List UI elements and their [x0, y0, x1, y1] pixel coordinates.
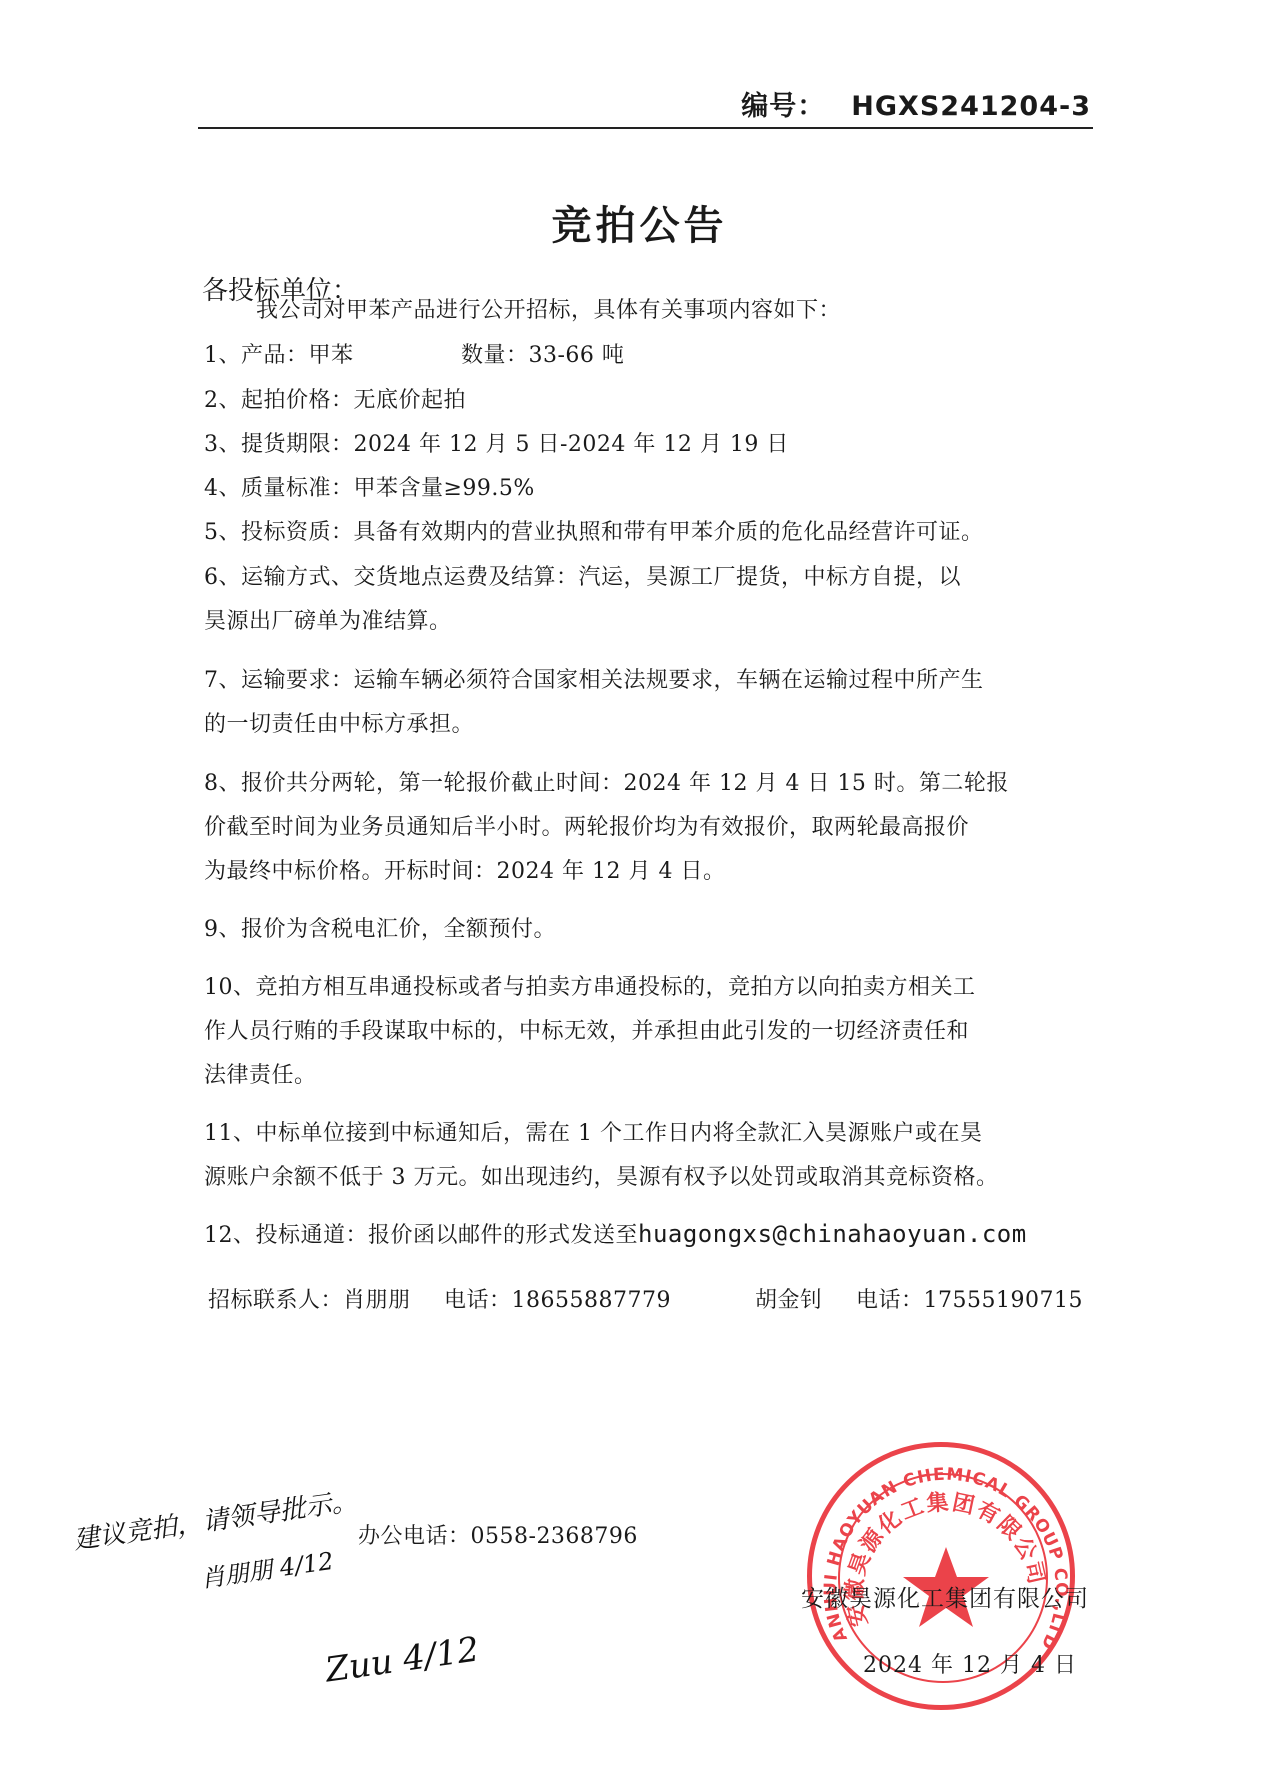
item-11-line-1: 11、中标单位接到中标通知后，需在 1 个工作日内将全款汇入昊源账户或在昊: [204, 1116, 982, 1147]
item-1-product: 1、产品：甲苯: [204, 338, 354, 369]
item-8-line-3: 为最终中标价格。开标时间：2024 年 12 月 4 日。: [204, 854, 725, 885]
item-3: 3、提货期限：2024 年 12 月 5 日-2024 年 12 月 19 日: [204, 427, 789, 458]
item-4: 4、质量标准：甲苯含量≥99.5%: [204, 471, 535, 502]
contact-row: 招标联系人：肖朋朋 电话：18655887779: [208, 1283, 671, 1314]
document-number: 编号：HGXS241204-3: [741, 84, 1091, 123]
header-divider: [198, 127, 1093, 129]
handwritten-signature-1: 肖朋朋 4/12: [198, 1541, 335, 1594]
contact-person-2: 胡金钊: [755, 1288, 823, 1313]
contact-person-1: 肖朋朋: [343, 1288, 411, 1313]
handwritten-signature-2: Zuu 4/12: [323, 1629, 482, 1690]
submission-email-link[interactable]: huagongxs@chinahaoyuan.com: [638, 1220, 1027, 1248]
item-10-line-1: 10、竞拍方相互串通投标或者与拍卖方串通投标的，竞拍方以向拍卖方相关工: [204, 970, 976, 1001]
item-12: 12、投标通道：报价函以邮件的形式发送至huagongxs@chinahaoyu…: [204, 1218, 1027, 1249]
contact-label: 招标联系人：: [208, 1288, 343, 1313]
issue-date: 2024 年 12 月 4 日: [863, 1648, 1077, 1679]
office-phone-label: 办公电话：: [358, 1524, 471, 1549]
intro-paragraph: 我公司对甲苯产品进行公开招标，具体有关事项内容如下：: [256, 293, 841, 324]
office-phone-row: 办公电话：0558-2368796: [358, 1519, 638, 1550]
contact-phone-1: 18655887779: [512, 1288, 671, 1313]
contact-phone-2-label: 电话：: [856, 1288, 924, 1313]
item-9: 9、报价为含税电汇价，全额预付。: [204, 912, 556, 943]
item-8-line-1: 8、报价共分两轮，第一轮报价截止时间：2024 年 12 月 4 日 15 时。…: [204, 766, 1009, 797]
item-10-line-2: 作人员行贿的手段谋取中标的，中标无效，并承担由此引发的一切经济责任和: [204, 1014, 969, 1045]
document-number-label: 编号：: [741, 91, 825, 122]
page-title: 竞拍公告: [0, 194, 1279, 251]
item-5: 5、投标资质：具备有效期内的营业执照和带有甲苯介质的危化品经营许可证。: [204, 515, 984, 546]
item-2: 2、起拍价格：无底价起拍: [204, 383, 466, 414]
issuer-company: 安徽昊源化工集团有限公司: [801, 1580, 1089, 1613]
office-phone: 0558-2368796: [471, 1524, 638, 1549]
item-6-line-1: 6、运输方式、交货地点运费及结算：汽运，昊源工厂提货，中标方自提，以: [204, 560, 961, 591]
item-11-line-2: 源账户余额不低于 3 万元。如出现违约，昊源有权予以处罚或取消其竞标资格。: [204, 1160, 999, 1191]
item-8-line-2: 价截至时间为业务员通知后半小时。两轮报价均为有效报价，取两轮最高报价: [204, 810, 969, 841]
item-7-line-1: 7、运输要求：运输车辆必须符合国家相关法规要求，车辆在运输过程中所产生: [204, 663, 984, 694]
contact-phone-1-label: 电话：: [444, 1288, 512, 1313]
item-10-line-3: 法律责任。: [204, 1058, 317, 1089]
item-6-line-2: 昊源出厂磅单为准结算。: [204, 604, 452, 635]
item-12-prefix: 12、投标通道：报价函以邮件的形式发送至: [204, 1223, 638, 1248]
contact-phone-2: 17555190715: [924, 1288, 1083, 1313]
item-1-quantity: 数量：33-66 吨: [461, 338, 624, 369]
item-7-line-2: 的一切责任由中标方承担。: [204, 707, 474, 738]
document-number-value: HGXS241204-3: [851, 91, 1091, 122]
contact-row-2: 胡金钊 电话：17555190715: [755, 1283, 1083, 1314]
